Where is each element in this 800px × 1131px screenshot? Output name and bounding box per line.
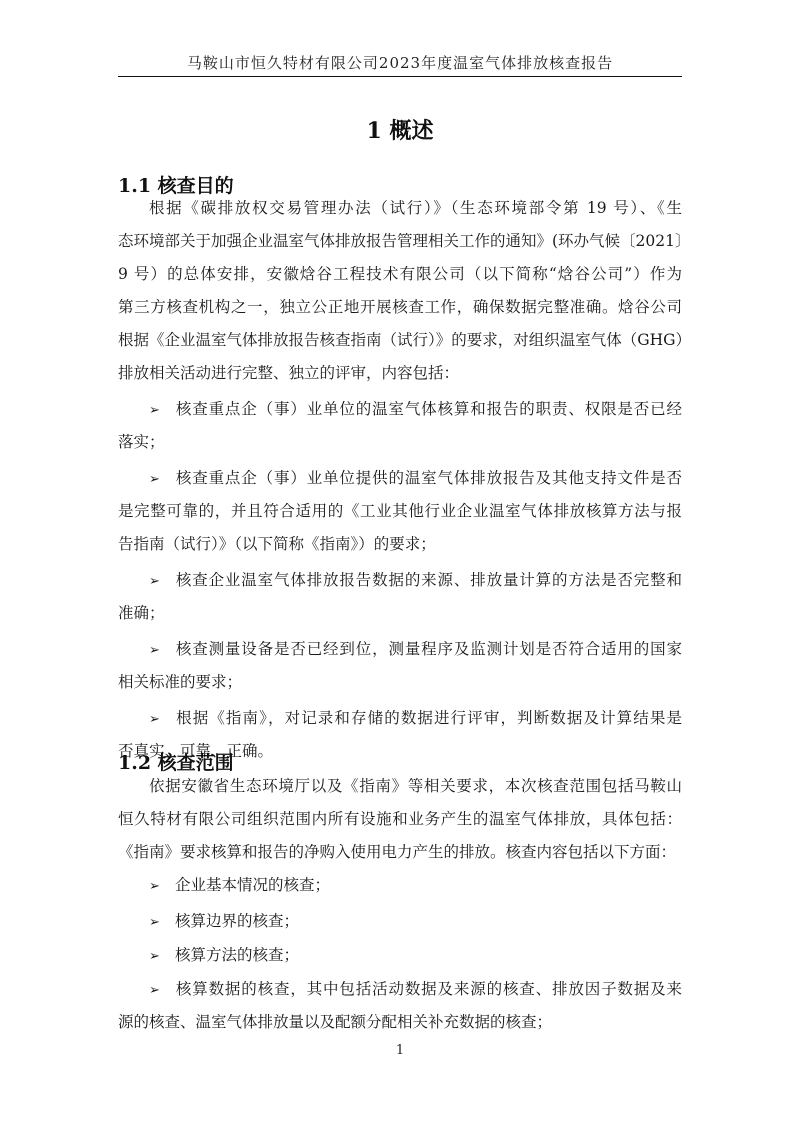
paragraph-line: 依据安徽省生态环境厅以及《指南》等相关要求，本次核查范围包括马鞍山 <box>149 770 682 803</box>
bullet-text: 核查重点企（事）业单位提供的温室气体排放报告及其他支持文件是否 <box>175 469 682 487</box>
bullet-text: 根据《指南》，对记录和存储的数据进行评审，判断数据及计算结果是 <box>175 709 682 727</box>
arrow-bullet-icon: ➢ <box>149 974 175 1007</box>
bullet-item: ➢核查测量设备是否已经到位，测量程序及监测计划是否符合适用的国家 <box>149 633 682 666</box>
bullet-text: 核算方法的核查； <box>175 946 299 964</box>
header-divider <box>118 76 682 77</box>
paragraph-line: 9 号）的总体安排，安徽焓谷工程技术有限公司（以下简称“焓谷公司”）作为 <box>118 258 682 291</box>
chapter-title: 1 概述 <box>118 114 682 145</box>
bullet-text: 核算边界的核查； <box>175 912 299 930</box>
bullet-continuation: 源的核查、温室气体排放量以及配额分配相关补充数据的核查； <box>118 1006 682 1039</box>
paragraph-line: 排放相关活动进行完整、独立的评审，内容包括： <box>118 357 682 390</box>
bullet-item: ➢核查重点企（事）业单位的温室气体核算和报告的职责、权限是否已经 <box>149 393 682 426</box>
bullet-continuation: 相关标准的要求； <box>118 666 682 699</box>
arrow-bullet-icon: ➢ <box>149 463 175 496</box>
bullet-text: 企业基本情况的核查； <box>175 876 330 894</box>
bullet-item: ➢核查企业温室气体排放报告数据的来源、排放量计算的方法是否完整和 <box>149 564 682 597</box>
bullet-continuation: 落实； <box>118 426 682 459</box>
running-header: 马鞍山市恒久特材有限公司2023年度温室气体排放核查报告 <box>118 52 682 73</box>
bullet-text: 核查重点企（事）业单位的温室气体核算和报告的职责、权限是否已经 <box>175 400 682 418</box>
arrow-bullet-icon: ➢ <box>149 870 175 903</box>
arrow-bullet-icon: ➢ <box>149 394 175 427</box>
bullet-item: ➢企业基本情况的核查； <box>149 869 682 902</box>
arrow-bullet-icon: ➢ <box>149 906 175 939</box>
paragraph-line: 态环境部关于加强企业温室气体排放报告管理相关工作的通知》(环办气候〔2021〕 <box>118 225 682 258</box>
bullet-item: ➢核算数据的核查，其中包括活动数据及来源的核查、排放因子数据及来 <box>149 973 682 1006</box>
arrow-bullet-icon: ➢ <box>149 703 175 736</box>
bullet-continuation: 告指南（试行）》（以下简称《指南》）的要求； <box>118 528 682 561</box>
paragraph-line: 第三方核查机构之一，独立公正地开展核查工作，确保数据完整准确。焓谷公司 <box>118 291 682 324</box>
arrow-bullet-icon: ➢ <box>149 634 175 667</box>
arrow-bullet-icon: ➢ <box>149 940 175 973</box>
bullet-continuation: 准确； <box>118 597 682 630</box>
paragraph-line: 《指南》要求核算和报告的净购入使用电力产生的排放。核查内容包括以下方面： <box>118 836 682 869</box>
paragraph-line: 恒久特材有限公司组织范围内所有设施和业务产生的温室气体排放，具体包括： <box>118 803 682 836</box>
bullet-continuation: 是完整可靠的，并且符合适用的《工业其他行业企业温室气体排放核算方法与报 <box>118 495 682 528</box>
bullet-text: 核查测量设备是否已经到位，测量程序及监测计划是否符合适用的国家 <box>175 640 682 658</box>
paragraph-line: 根据《碳排放权交易管理办法（试行）》（生态环境部令第 19 号）、《生 <box>149 192 682 225</box>
bullet-text: 核算数据的核查，其中包括活动数据及来源的核查、排放因子数据及来 <box>175 980 682 998</box>
paragraph-line: 根据《企业温室气体排放报告核查指南（试行）》的要求，对组织温室气体（GHG） <box>118 324 682 357</box>
bullet-item: ➢核算边界的核查； <box>149 905 682 938</box>
bullet-item: ➢核算方法的核查； <box>149 939 682 972</box>
arrow-bullet-icon: ➢ <box>149 565 175 598</box>
bullet-item: ➢核查重点企（事）业单位提供的温室气体排放报告及其他支持文件是否 <box>149 462 682 495</box>
page-number: 1 <box>118 1043 682 1058</box>
bullet-text: 核查企业温室气体排放报告数据的来源、排放量计算的方法是否完整和 <box>175 571 682 589</box>
bullet-item: ➢根据《指南》，对记录和存储的数据进行评审，判断数据及计算结果是 <box>149 702 682 735</box>
